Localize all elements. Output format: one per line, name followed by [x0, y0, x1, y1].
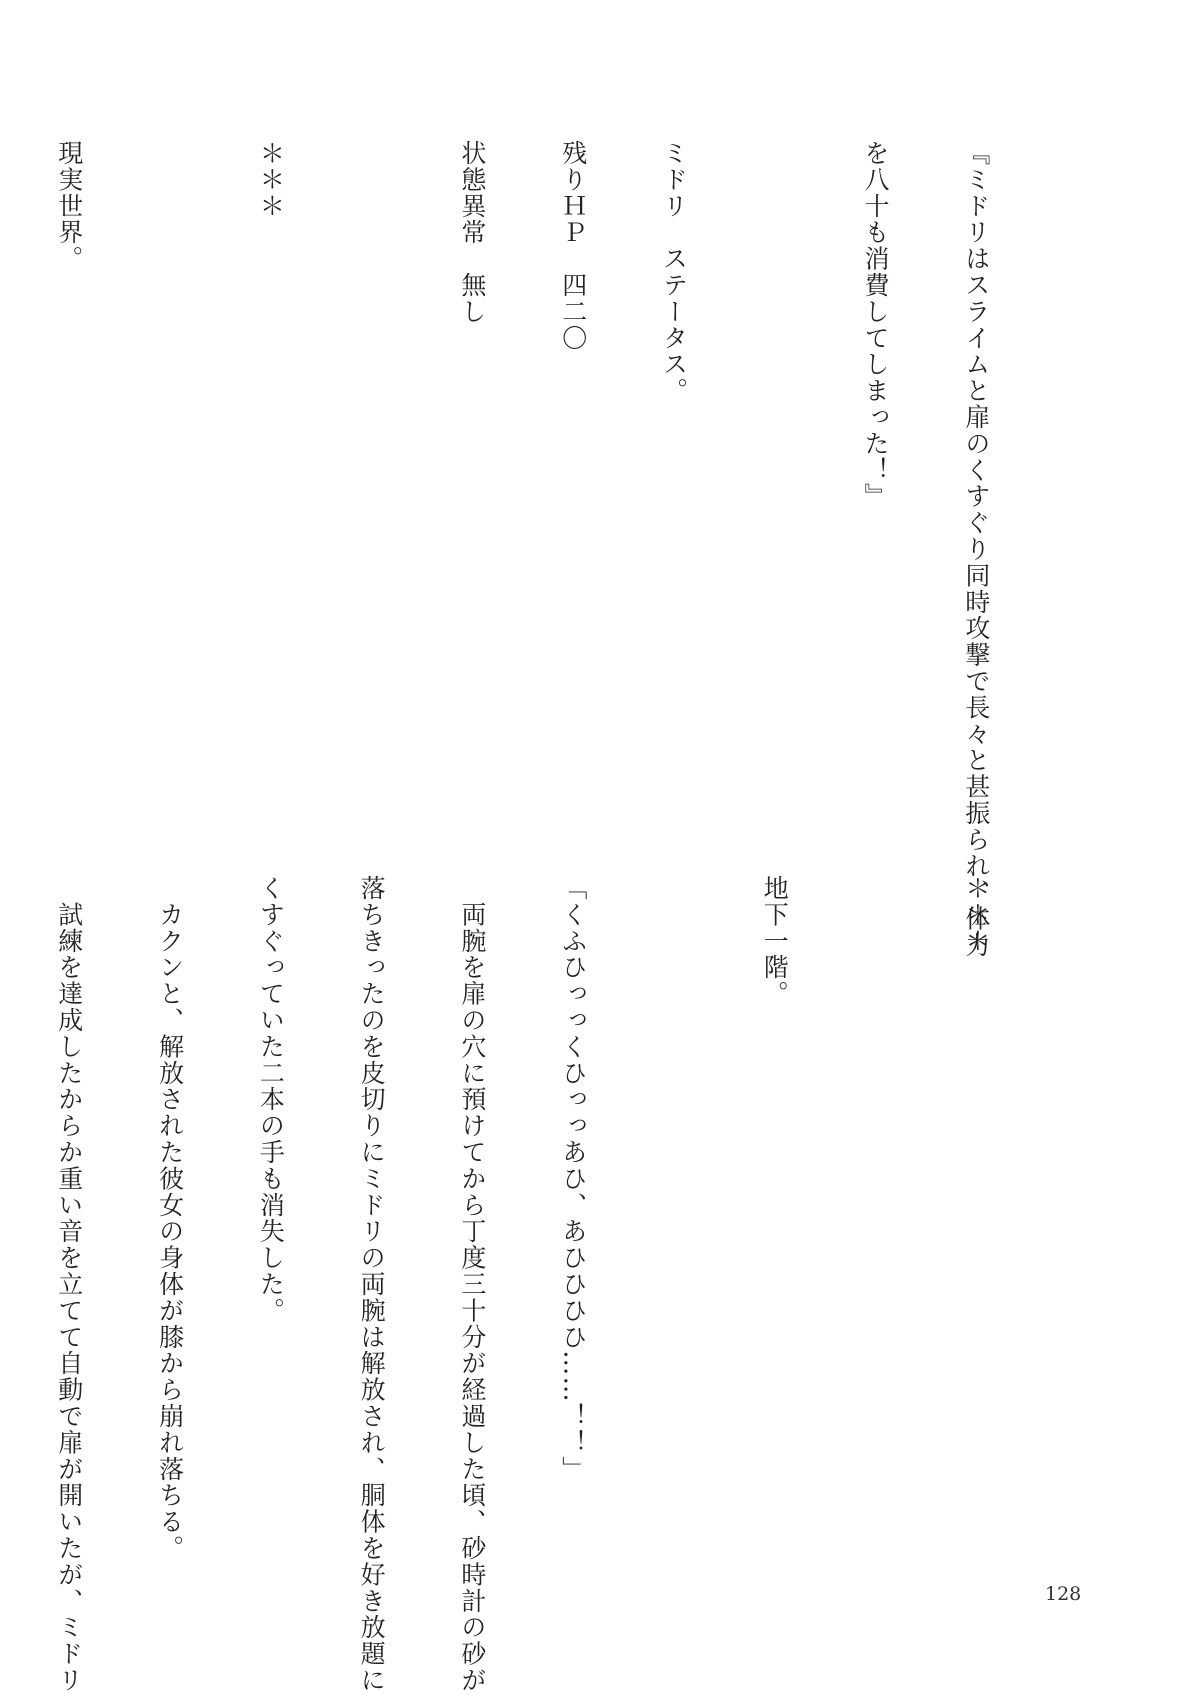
text-line [858, 875, 892, 1535]
section-divider: ＊＊＊ [959, 875, 993, 1535]
text-line: 試練を達成したからか重い音を立てて自動で扉が開いたが、ミドリ [52, 875, 86, 1535]
text-block-bottom: ＊＊＊ 地下一階。 「くふひっっくひっっあひ、あひひひひ……！！」 両腕を扉の穴… [240, 875, 1060, 1535]
text-line: 両腕を扉の穴に預けてから丁度三十分が経過した頃、砂時計の砂が [455, 875, 489, 1535]
text-line: 地下一階。 [758, 875, 792, 1535]
text-line [153, 140, 187, 800]
text-line: ミドリ ステータス。 [657, 140, 691, 800]
text-line: カクンと、解放された彼女の身体が膝から崩れ落ちる。 [153, 875, 187, 1535]
text-line: 『ミドリはスライムと扉のくすぐり同時攻撃で長々と甚振られ、体力 [959, 140, 993, 800]
text-line: 現実世界。 [52, 140, 86, 800]
text-line [657, 875, 691, 1535]
text-line: を八十も消費してしまった！』 [858, 140, 892, 800]
section-divider: ＊＊＊ [254, 140, 288, 800]
page-number: 128 [1045, 1583, 1081, 1605]
text-line: くすぐっていた二本の手も消失した。 [254, 875, 288, 1535]
text-line [758, 140, 792, 800]
text-line [355, 140, 389, 800]
text-line: 落ちきったのを皮切りにミドリの両腕は解放され、胴体を好き放題に [355, 875, 389, 1535]
text-line: 「くふひっっくひっっあひ、あひひひひ……！！」 [556, 875, 590, 1535]
text-block-top: 『ミドリはスライムと扉のくすぐり同時攻撃で長々と甚振られ、体力 を八十も消費して… [240, 140, 1060, 800]
book-page: 『ミドリはスライムと扉のくすぐり同時攻撃で長々と甚振られ、体力 を八十も消費して… [0, 0, 1200, 1695]
text-line: 状態異常 無し [455, 140, 489, 800]
text-line: 残りＨＰ 四二〇 [556, 140, 590, 800]
